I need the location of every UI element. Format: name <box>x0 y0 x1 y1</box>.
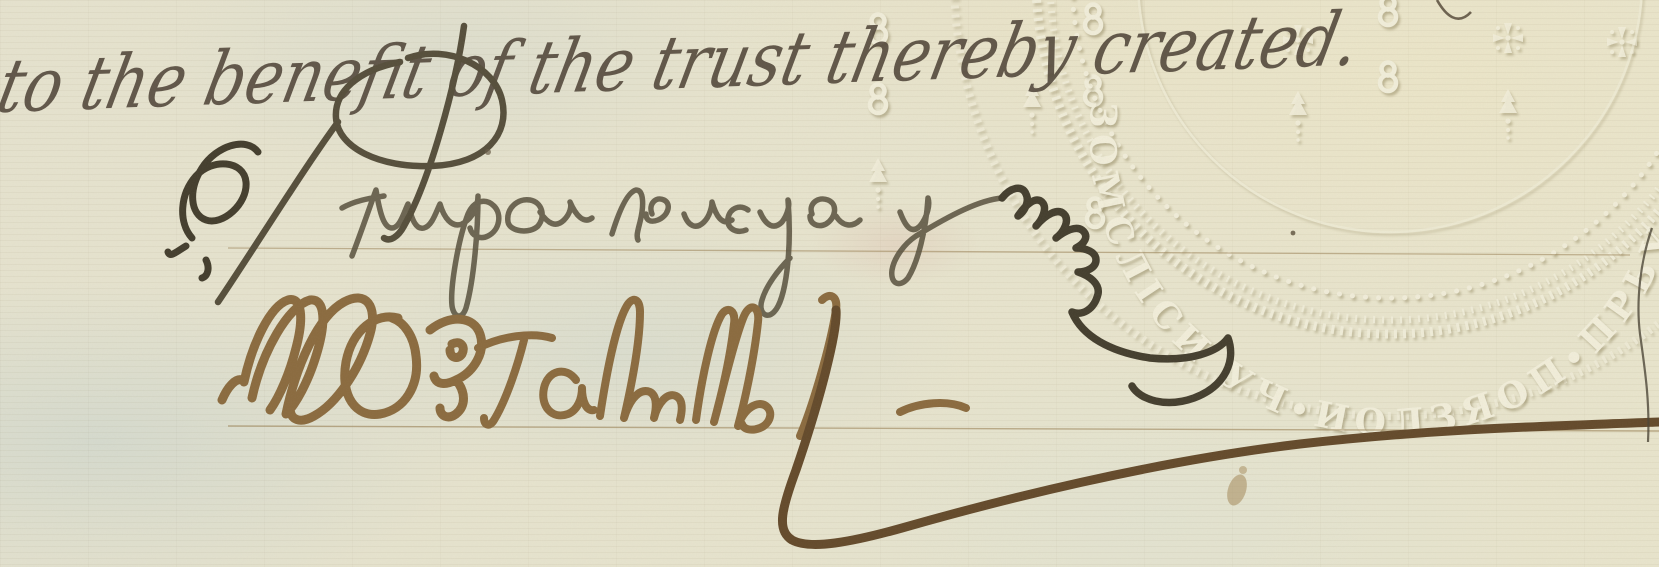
cutoff-descender-stroke <box>1437 0 1471 19</box>
ruled-line-1 <box>228 248 1630 255</box>
ink-speck <box>485 149 491 155</box>
signature-2-lowercase <box>478 296 966 436</box>
deed-text-line: to the benefit of the trust thereby crea… <box>0 0 1368 130</box>
signature-2-capitals <box>222 298 482 420</box>
motif-column <box>1380 0 1396 91</box>
motif-column <box>1493 23 1523 140</box>
document-svg: ЗОМСЛІСИ УЧ∙ИОЛЗЯОП∙ПРЬУ to the benefit … <box>0 0 1659 567</box>
signature-1-lowercase <box>342 190 1002 316</box>
signature-2-tail-texture <box>782 422 1659 544</box>
ink-drip <box>1223 472 1250 508</box>
ink-speck <box>1291 231 1296 236</box>
document-scan: ЗОМСЛІСИ УЧ∙ИОЛЗЯОП∙ПРЬУ to the benefit … <box>0 0 1659 567</box>
seal-letter-arc-text: ЗОМСЛІСИ УЧ∙ИОЛЗЯОП∙ПРЬУ <box>1080 101 1659 445</box>
ink-drip-dot <box>1239 466 1247 474</box>
